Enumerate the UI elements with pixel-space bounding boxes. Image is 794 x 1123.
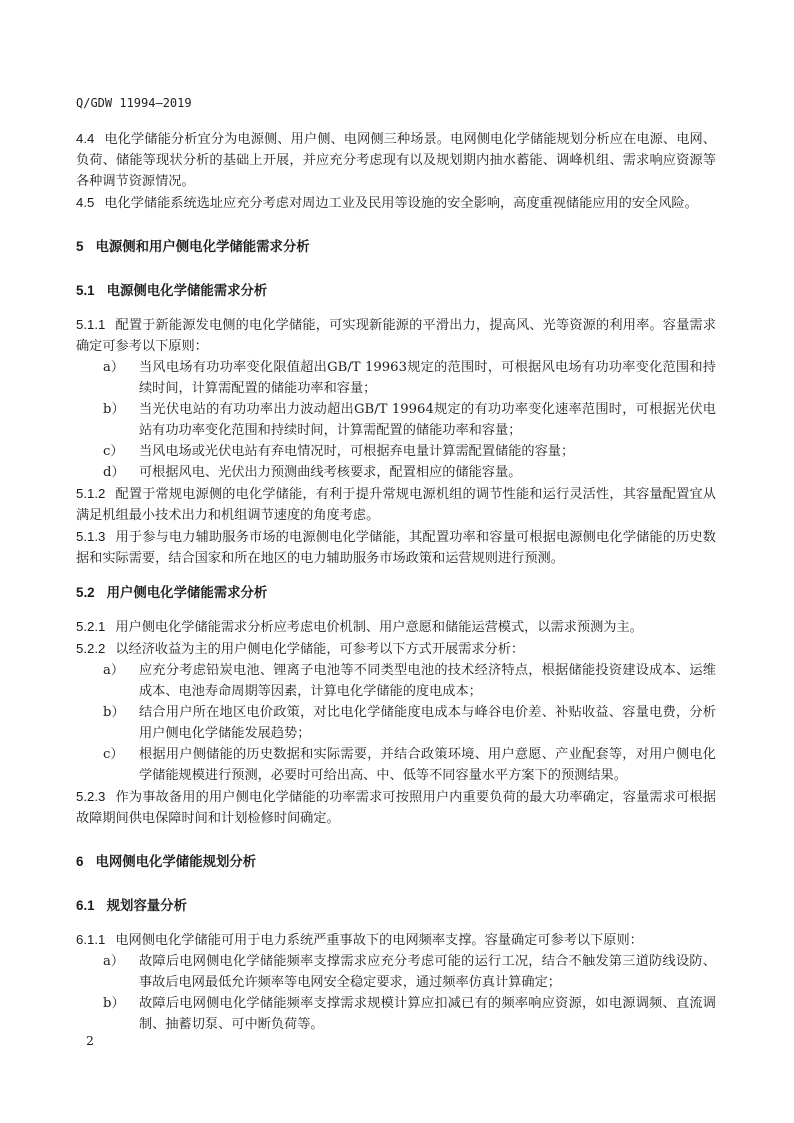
list-marker: b） [103, 702, 125, 723]
standard-code-header: Q/GDW 11994—2019 [76, 96, 192, 110]
list-item: c）当风电场或光伏电站有弃电情况时，可根据弃电量计算需配置储能的容量； [76, 441, 716, 462]
list-marker: a） [103, 660, 124, 681]
section-number: 6.1 [76, 895, 95, 916]
list-item-text: 故障后电网侧电化学储能频率支撑需求应充分考虑可能的运行工况，结合不触发第三道防线… [139, 954, 716, 990]
list-item: d）可根据风电、光伏出力预测曲线考核要求，配置相应的储能容量。 [76, 462, 716, 483]
clause-text: 用户侧电化学储能需求分析应考虑电价机制、用户意愿和储能运营模式，以需求预测为主。 [115, 620, 643, 635]
clause-number: 6.1.1 [76, 929, 105, 950]
list-item-text: 应充分考虑铅炭电池、锂离子电池等不同类型电池的技术经济特点，根据储能投资建设成本… [139, 663, 716, 699]
section-heading-5-1: 5.1电源侧电化学储能需求分析 [76, 280, 716, 301]
section-number: 6 [76, 851, 83, 872]
list-item: b）故障后电网侧电化学储能频率支撑需求规模计算应扣减已有的频率响应资源，如电源调… [76, 993, 716, 1035]
clause-number: 5.2.2 [76, 638, 105, 659]
section-number: 5.2 [76, 582, 95, 603]
list-item-text: 当风电场有功功率变化限值超出GB/T 19963规定的范围时，可根据风电场有功功… [139, 360, 716, 396]
clause-text: 以经济收益为主的用户侧电化学储能，可参考以下方式开展需求分析： [115, 642, 524, 657]
list-marker: d） [103, 462, 125, 483]
list-item: a）当风电场有功功率变化限值超出GB/T 19963规定的范围时，可根据风电场有… [76, 357, 716, 399]
page-number: 2 [86, 1033, 94, 1048]
section-heading-5: 5电源侧和用户侧电化学储能需求分析 [76, 236, 716, 257]
clause-text: 作为事故备用的用户侧电化学储能的功率需求可按照用户内重要负荷的最大功率确定，容量… [76, 790, 716, 826]
list-item: a）应充分考虑铅炭电池、锂离子电池等不同类型电池的技术经济特点，根据储能投资建设… [76, 660, 716, 702]
list-item-text: 当光伏电站的有功功率出力波动超出GB/T 19964规定的有功功率变化速率范围时… [139, 402, 716, 438]
clause-4-4: 4.4电化学储能分析宜分为电源侧、用户侧、电网侧三种场景。电网侧电化学储能规划分… [76, 128, 716, 192]
list-item: b）结合用户所在地区电价政策，对比电化学储能度电成本与峰谷电价差、补贴收益、容量… [76, 702, 716, 744]
list-item-text: 故障后电网侧电化学储能频率支撑需求规模计算应扣减已有的频率响应资源，如电源调频、… [139, 996, 716, 1032]
clause-text: 电网侧电化学储能可用于电力系统严重事故下的电网频率支撑。容量确定可参考以下原则： [115, 933, 643, 948]
clause-text: 用于参与电力辅助服务市场的电源侧电化学储能，其配置功率和容量可根据电源侧电化学储… [76, 530, 716, 566]
clause-number: 4.4 [76, 128, 94, 149]
clause-5-1-1-list: a）当风电场有功功率变化限值超出GB/T 19963规定的范围时，可根据风电场有… [76, 357, 716, 483]
list-item-text: 可根据风电、光伏出力预测曲线考核要求，配置相应的储能容量。 [139, 465, 521, 480]
clause-number: 5.1.1 [76, 314, 105, 335]
clause-5-2-1: 5.2.1用户侧电化学储能需求分析应考虑电价机制、用户意愿和储能运营模式，以需求… [76, 616, 716, 638]
list-marker: a） [103, 951, 124, 972]
clause-text: 配置于常规电源侧的电化学储能，有利于提升常规电源机组的调节性能和运行灵活性，其容… [76, 487, 716, 523]
list-item: b）当光伏电站的有功功率出力波动超出GB/T 19964规定的有功功率变化速率范… [76, 399, 716, 441]
section-heading-6-1: 6.1规划容量分析 [76, 895, 716, 916]
list-item: a）故障后电网侧电化学储能频率支撑需求应充分考虑可能的运行工况，结合不触发第三道… [76, 951, 716, 993]
clause-5-1-3: 5.1.3用于参与电力辅助服务市场的电源侧电化学储能，其配置功率和容量可根据电源… [76, 526, 716, 569]
section-number: 5.1 [76, 280, 95, 301]
list-marker: b） [103, 399, 125, 420]
section-title: 电源侧和用户侧电化学储能需求分析 [95, 239, 309, 254]
section-heading-5-2: 5.2用户侧电化学储能需求分析 [76, 582, 716, 603]
list-marker: c） [103, 441, 124, 462]
list-marker: b） [103, 993, 125, 1014]
list-marker: a） [103, 357, 124, 378]
clause-number: 4.5 [76, 192, 94, 213]
section-title: 电源侧电化学储能需求分析 [107, 283, 268, 298]
clause-number: 5.2.3 [76, 786, 105, 807]
clause-5-2-2-list: a）应充分考虑铅炭电池、锂离子电池等不同类型电池的技术经济特点，根据储能投资建设… [76, 660, 716, 786]
list-marker: c） [103, 744, 124, 765]
clause-text: 电化学储能分析宜分为电源侧、用户侧、电网侧三种场景。电网侧电化学储能规划分析应在… [76, 132, 716, 189]
clause-text: 电化学储能系统选址应充分考虑对周边工业及民用等设施的安全影响，高度重视储能应用的… [104, 196, 697, 211]
clause-5-2-2: 5.2.2以经济收益为主的用户侧电化学储能，可参考以下方式开展需求分析： [76, 638, 716, 660]
section-number: 5 [76, 236, 83, 257]
section-title: 规划容量分析 [107, 898, 187, 913]
clause-6-1-1: 6.1.1电网侧电化学储能可用于电力系统严重事故下的电网频率支撑。容量确定可参考… [76, 929, 716, 951]
list-item-text: 根据用户侧储能的历史数据和实际需要，并结合政策环境、用户意愿、产业配套等，对用户… [139, 747, 716, 783]
document-body: 4.4电化学储能分析宜分为电源侧、用户侧、电网侧三种场景。电网侧电化学储能规划分… [76, 128, 716, 1035]
clause-5-2-3: 5.2.3作为事故备用的用户侧电化学储能的功率需求可按照用户内重要负荷的最大功率… [76, 786, 716, 829]
list-item-text: 结合用户所在地区电价政策，对比电化学储能度电成本与峰谷电价差、补贴收益、容量电费… [139, 705, 716, 741]
clause-5-1-1: 5.1.1配置于新能源发电侧的电化学储能，可实现新能源的平滑出力，提高风、光等资… [76, 314, 716, 357]
list-item-text: 当风电场或光伏电站有弃电情况时，可根据弃电量计算需配置储能的容量； [139, 444, 574, 459]
clause-number: 5.1.2 [76, 483, 105, 504]
section-heading-6: 6电网侧电化学储能规划分析 [76, 851, 716, 872]
section-title: 电网侧电化学储能规划分析 [95, 854, 256, 869]
list-item: c）根据用户侧储能的历史数据和实际需要，并结合政策环境、用户意愿、产业配套等，对… [76, 744, 716, 786]
clause-4-5: 4.5电化学储能系统选址应充分考虑对周边工业及民用等设施的安全影响，高度重视储能… [76, 192, 716, 214]
clause-number: 5.1.3 [76, 526, 105, 547]
document-page: Q/GDW 11994—2019 4.4电化学储能分析宜分为电源侧、用户侧、电网… [0, 0, 794, 1123]
clause-text: 配置于新能源发电侧的电化学储能，可实现新能源的平滑出力，提高风、光等资源的利用率… [76, 318, 716, 354]
clause-5-1-2: 5.1.2配置于常规电源侧的电化学储能，有利于提升常规电源机组的调节性能和运行灵… [76, 483, 716, 526]
clause-6-1-1-list: a）故障后电网侧电化学储能频率支撑需求应充分考虑可能的运行工况，结合不触发第三道… [76, 951, 716, 1035]
clause-number: 5.2.1 [76, 616, 105, 637]
section-title: 用户侧电化学储能需求分析 [107, 585, 268, 600]
